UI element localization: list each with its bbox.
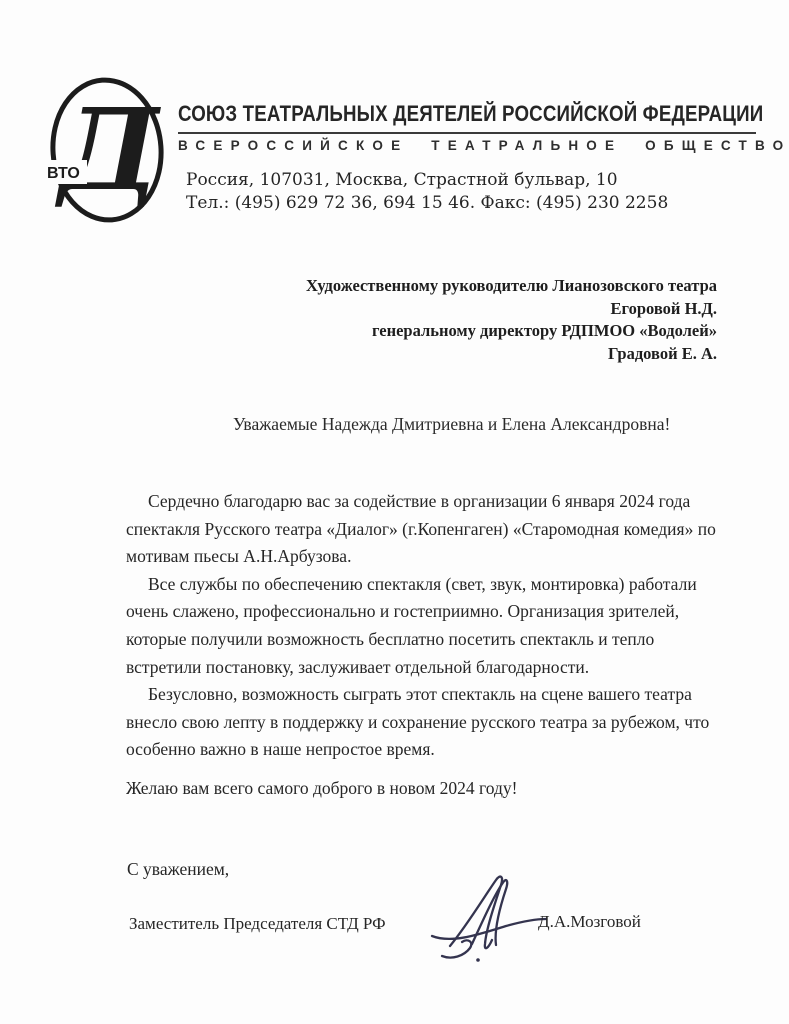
letter-page: Д ВТО СОЮЗ ТЕАТРАЛЬНЫХ ДЕЯТЕЛЕЙ РОССИЙСК… (0, 0, 789, 1024)
org-phone-fax-line: Тел.: (495) 629 72 36, 694 15 46. Факс: … (186, 192, 756, 215)
well-wishing-line: Желаю вам всего самого доброго в новом 2… (126, 778, 518, 799)
org-block: СОЮЗ ТЕАТРАЛЬНЫХ ДЕЯТЕЛЕЙ РОССИЙСКОЙ ФЕД… (178, 101, 756, 215)
vto-monogram-icon: Д ВТО (45, 76, 167, 228)
logo-monogram-letter: Д (54, 85, 161, 216)
signer-title: Заместитель Председателя СТД РФ (129, 914, 386, 934)
addressee-line: генеральному директору РДПМОО «Водолей» (306, 320, 717, 343)
letterhead-divider (178, 132, 756, 134)
org-address-line: Россия, 107031, Москва, Страстной бульва… (186, 169, 756, 192)
vto-logo: Д ВТО (45, 76, 167, 228)
salutation: Уважаемые Надежда Дмитриевна и Елена Але… (233, 414, 670, 435)
signer-name: Д.А.Мозговой (538, 912, 641, 932)
addressee-line: Градовой Е. А. (306, 343, 717, 366)
org-subtitle: ВСЕРОССИЙСКОЕ ТЕАТРАЛЬНОЕ ОБЩЕСТВО (178, 138, 756, 153)
logo-vto-label: ВТО (47, 165, 80, 182)
addressee-line: Егоровой Н.Д. (306, 298, 717, 321)
addressee-block: Художественному руководителю Лианозовско… (306, 275, 717, 365)
org-address-block: Россия, 107031, Москва, Страстной бульва… (178, 169, 756, 215)
org-name: СОЮЗ ТЕАТРАЛЬНЫХ ДЕЯТЕЛЕЙ РОССИЙСКОЙ ФЕД… (178, 101, 669, 127)
body-paragraph: Все службы по обеспечению спектакля (све… (126, 571, 722, 681)
closing-line: С уважением, (127, 859, 229, 880)
letter-body: Сердечно благодарю вас за содействие в о… (126, 488, 722, 764)
body-paragraph: Сердечно благодарю вас за содействие в о… (126, 488, 722, 571)
addressee-line: Художественному руководителю Лианозовско… (306, 275, 717, 298)
body-paragraph: Безусловно, возможность сыграть этот спе… (126, 681, 722, 764)
